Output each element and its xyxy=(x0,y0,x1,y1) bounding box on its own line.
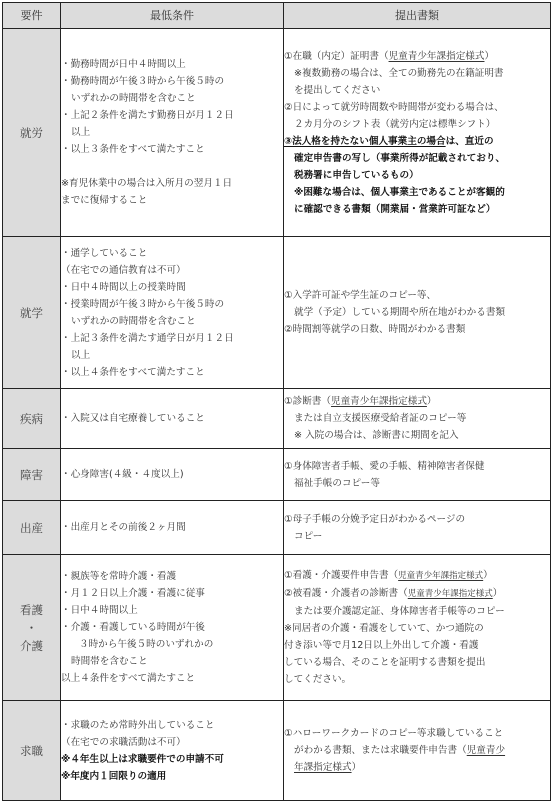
document-note: ※困難な場合は、個人事業主であることが客観的 xyxy=(284,184,550,201)
document-item-1: ①入学許可証や学生証のコピー等、 xyxy=(284,287,550,304)
row-job-seeking: 求職 ・求職のため常時外出していること （在宅での求職活動は不可） ※４年生以上… xyxy=(3,701,551,801)
documents-disability: ①身体障害者手帳、愛の手帳、精神障害者保健 福祉手帳のコピー等 xyxy=(284,449,551,501)
conditions-employment: ・勤務時間が日中４時間以上 ・勤務時間が午後３時から午後５時の いずれかの時間帯… xyxy=(61,29,284,237)
documents-nursing-care: ①看護・介護要件申告書（児童青少年課指定様式） ②被看護・介護者の診断書（児童青… xyxy=(284,555,551,701)
condition-line: ・勤務時間が午後３時から午後５時の xyxy=(61,73,283,90)
condition-warning: ※年度内１回限りの適用 xyxy=(61,768,283,785)
condition-line: ・以上４条件をすべて満たすこと xyxy=(61,364,283,381)
condition-line: ・日中４時間以上 xyxy=(61,602,283,619)
condition-line: ・親族等を常時介護・看護 xyxy=(61,568,283,585)
document-item-1-cont: がわかる書類、または求職要件申告書（児童青少 xyxy=(284,742,550,759)
condition-line: ３時から午後５時のいずれかの xyxy=(61,636,283,653)
row-childbirth: 出産 ・出産月とその前後２ヶ月間 ①母子手帳の分娩予定日がわかるページの コピー xyxy=(3,501,551,555)
condition-line: ・月１２日以上介護・看護に従事 xyxy=(61,585,283,602)
conditions-job-seeking: ・求職のため常時外出していること （在宅での求職活動は不可） ※４年生以上は求職… xyxy=(61,701,284,801)
document-item-2-cont: ２カ月分のシフト表（就労内定は標準シフト） xyxy=(284,116,550,133)
designated-form-link[interactable]: 児童青少 xyxy=(467,745,505,756)
category-disability: 障害 xyxy=(3,449,61,501)
document-item-3: ③法人格を持たない個人事業主の場合は、直近の xyxy=(284,133,550,150)
condition-note: ※育児休業中の場合は入所月の翌月１日 xyxy=(61,175,283,192)
condition-line: 時間帯を含むこと xyxy=(61,653,283,670)
category-illness: 疾病 xyxy=(3,389,61,449)
header-minimum-conditions: 最低条件 xyxy=(61,3,284,29)
document-note: ※複数勤務の場合は、全ての勤務先の在籍証明書 xyxy=(284,65,550,82)
designated-form-link[interactable]: 児童青少年課指定様式 xyxy=(389,51,485,62)
document-item-2: ②時間割等就学の日数、時間がわかる書類 xyxy=(284,321,550,338)
document-note: を提出してください xyxy=(284,82,550,99)
document-note: ※ 入院の場合は、診断書に期間を記入 xyxy=(284,427,550,444)
header-requirement: 要件 xyxy=(3,3,61,29)
header-row: 要件 最低条件 提出書類 xyxy=(3,3,551,29)
category-childbirth: 出産 xyxy=(3,501,61,555)
document-note: に確認できる書類（開業届・営業許可証など） xyxy=(284,201,550,218)
condition-line: ・入院又は自宅療養していること xyxy=(61,410,283,427)
condition-line: ・出産月とその前後２ヶ月間 xyxy=(61,519,283,536)
conditions-nursing-care: ・親族等を常時介護・看護 ・月１２日以上介護・看護に従事 ・日中４時間以上 ・介… xyxy=(61,555,284,701)
document-item-2-cont: または要介護認定証、身体障害者手帳等のコピー xyxy=(284,603,550,620)
designated-form-link[interactable]: 児童青少年課指定様式 xyxy=(331,396,427,407)
condition-line: ・上記３条件を満たす通学日が月１２日 xyxy=(61,330,283,347)
condition-line: ・以上３条件をすべて満たすこと xyxy=(61,141,283,158)
condition-line: いずれかの時間帯を含むこと xyxy=(61,313,283,330)
row-illness: 疾病 ・入院又は自宅療養していること ①診断書（児童青少年課指定様式） または自… xyxy=(3,389,551,449)
conditions-illness: ・入院又は自宅療養していること xyxy=(61,389,284,449)
row-disability: 障害 ・心身障害(４級・４度以上) ①身体障害者手帳、愛の手帳、精神障害者保健 … xyxy=(3,449,551,501)
document-item-1-cont: または自立支援医療受給者証のコピー等 xyxy=(284,410,550,427)
condition-line: ・日中４時間以上の授業時間 xyxy=(61,279,283,296)
conditions-study: ・通学していること （在宅での通信教育は不可） ・日中４時間以上の授業時間 ・授… xyxy=(61,237,284,389)
condition-note: までに復帰すること xyxy=(61,192,283,209)
spacer xyxy=(61,158,283,175)
designated-form-link[interactable]: 年課指定様式 xyxy=(294,762,352,773)
condition-line: 以上４条件をすべて満たすこと xyxy=(61,670,283,687)
documents-study: ①入学許可証や学生証のコピー等、 就学（予定）している期間や所在地がわかる書類 … xyxy=(284,237,551,389)
condition-line: ・通学していること xyxy=(61,245,283,262)
document-note: ※同居者の介護・看護をしていて、かつ通院の xyxy=(284,620,550,637)
row-employment: 就労 ・勤務時間が日中４時間以上 ・勤務時間が午後３時から午後５時の いずれかの… xyxy=(3,29,551,237)
document-note: してください。 xyxy=(284,671,550,688)
conditions-disability: ・心身障害(４級・４度以上) xyxy=(61,449,284,501)
condition-line: ・求職のため常時外出していること xyxy=(61,717,283,734)
document-item-3-cont: 確定申告書の写し（事業所得が記載されており、 xyxy=(284,150,550,167)
condition-line: 以上 xyxy=(61,347,283,364)
category-nursing-care: 看護 ・ 介護 xyxy=(3,555,61,701)
document-item-1-cont: 年課指定様式） xyxy=(284,759,550,776)
condition-line: いずれかの時間帯を含むこと xyxy=(61,90,283,107)
document-item-2: ②被看護・介護者の診断書（児童青少年課指定様式） xyxy=(284,585,550,603)
row-study: 就学 ・通学していること （在宅での通信教育は不可） ・日中４時間以上の授業時間… xyxy=(3,237,551,389)
documents-childbirth: ①母子手帳の分娩予定日がわかるページの コピー xyxy=(284,501,551,555)
document-item-1-cont: コピー xyxy=(284,528,550,545)
document-item-3-cont: 税務署に申告しているもの） xyxy=(284,167,550,184)
category-employment: 就労 xyxy=(3,29,61,237)
document-item-1: ①母子手帳の分娩予定日がわかるページの xyxy=(284,511,550,528)
condition-line: （在宅での通信教育は不可） xyxy=(61,262,283,279)
row-nursing-care: 看護 ・ 介護 ・親族等を常時介護・看護 ・月１２日以上介護・看護に従事 ・日中… xyxy=(3,555,551,701)
condition-line: （在宅での求職活動は不可） xyxy=(61,734,283,751)
condition-line: ・授業時間が午後３時から午後５時の xyxy=(61,296,283,313)
sole-proprietor-link: ③法人格を持たない個人事業主の場合 xyxy=(284,136,446,147)
documents-job-seeking: ①ハローワークカードのコピー等求職していること がわかる書類、または求職要件申告… xyxy=(284,701,551,801)
document-item-1: ①身体障害者手帳、愛の手帳、精神障害者保健 xyxy=(284,458,550,475)
document-item-1: ①在職（内定）証明書（児童青少年課指定様式） xyxy=(284,48,550,65)
document-item-1-cont: 福祉手帳のコピー等 xyxy=(284,475,550,492)
document-note: 付き添い等で月12日以上外出して介護・看護 xyxy=(284,637,550,654)
conditions-childbirth: ・出産月とその前後２ヶ月間 xyxy=(61,501,284,555)
documents-employment: ①在職（内定）証明書（児童青少年課指定様式） ※複数勤務の場合は、全ての勤務先の… xyxy=(284,29,551,237)
condition-line: ・勤務時間が日中４時間以上 xyxy=(61,56,283,73)
document-item-1: ①ハローワークカードのコピー等求職していること xyxy=(284,725,550,742)
document-item-1-cont: 就学（予定）している期間や所在地がわかる書類 xyxy=(284,304,550,321)
designated-form-link[interactable]: 児童青少年課指定様式 xyxy=(398,571,483,581)
requirements-table: 要件 最低条件 提出書類 就労 ・勤務時間が日中４時間以上 ・勤務時間が午後３時… xyxy=(2,2,551,801)
document-item-2: ②日によって就労時間数や時間帯が変わる場合は、 xyxy=(284,99,550,116)
category-study: 就学 xyxy=(3,237,61,389)
documents-illness: ①診断書（児童青少年課指定様式） または自立支援医療受給者証のコピー等 ※ 入院… xyxy=(284,389,551,449)
condition-line: ・介護・看護している時間が午後 xyxy=(61,619,283,636)
condition-line: ・心身障害(４級・４度以上) xyxy=(61,466,283,483)
category-job-seeking: 求職 xyxy=(3,701,61,801)
condition-line: ・上記２条件を満たす勤務日が月１２日 xyxy=(61,107,283,124)
condition-line: 以上 xyxy=(61,124,283,141)
document-item-1: ①診断書（児童青少年課指定様式） xyxy=(284,393,550,410)
document-item-1: ①看護・介護要件申告書（児童青少年課指定様式） xyxy=(284,567,550,585)
designated-form-link[interactable]: 児童青少年課指定様式 xyxy=(408,589,493,599)
condition-warning: ※４年生以上は求職要件での申請不可 xyxy=(61,751,283,768)
header-documents: 提出書類 xyxy=(284,3,551,29)
document-note: している場合、そのことを証明する書類を提出 xyxy=(284,654,550,671)
